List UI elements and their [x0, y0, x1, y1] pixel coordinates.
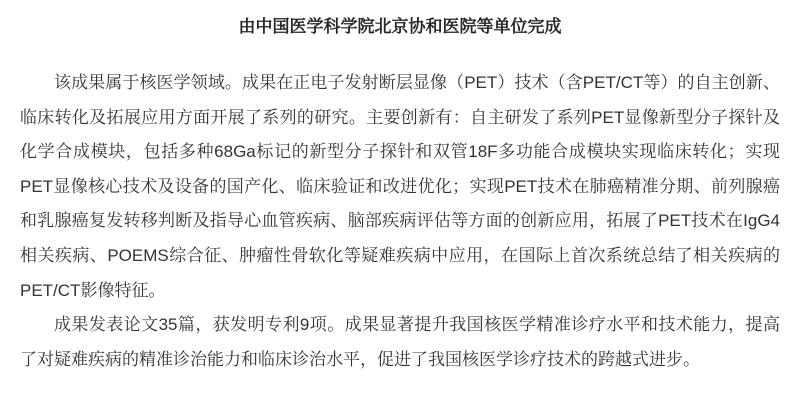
- paragraph-1-line-2: 临床转化及拓展应用方面开展了系列的研究。主要创新有：自主研发了系列PET显像新型…: [20, 101, 780, 136]
- paragraph-1-line-5: 和乳腺癌复发转移判断及指导心血管疾病、脑部疾病评估等方面的创新应用，拓展了PET…: [20, 204, 780, 239]
- paragraph-2-line-2: 了对疑难疾病的精准诊治能力和临床诊治水平，促进了我国核医学诊疗技术的跨越式进步。: [20, 343, 780, 378]
- document-body: 该成果属于核医学领域。成果在正电子发射断层显像（PET）技术（含PET/CT等）…: [20, 66, 780, 377]
- paragraph-1-line-4: PET显像核心技术及设备的国产化、临床验证和改进优化；实现PET技术在肺癌精准分…: [20, 170, 780, 205]
- paragraph-1-line-1: 该成果属于核医学领域。成果在正电子发射断层显像（PET）技术（含PET/CT等）…: [20, 66, 780, 101]
- paragraph-1-line-6: 相关疾病、POEMS综合征、肿瘤性骨软化等疑难疾病中应用，在国际上首次系统总结了…: [20, 239, 780, 274]
- document-title: 由中国医学科学院北京协和医院等单位完成: [20, 14, 780, 40]
- document-page: 由中国医学科学院北京协和医院等单位完成 该成果属于核医学领域。成果在正电子发射断…: [0, 0, 800, 400]
- paragraph-1-line-3: 化学合成模块，包括多种68Ga标记的新型分子探针和双管18F多功能合成模块实现临…: [20, 135, 780, 170]
- paragraph-2-line-1: 成果发表论文35篇，获发明专利9项。成果显著提升我国核医学精准诊疗水平和技术能力…: [20, 308, 780, 343]
- paragraph-1-line-7: PET/CT影像特征。: [20, 274, 780, 309]
